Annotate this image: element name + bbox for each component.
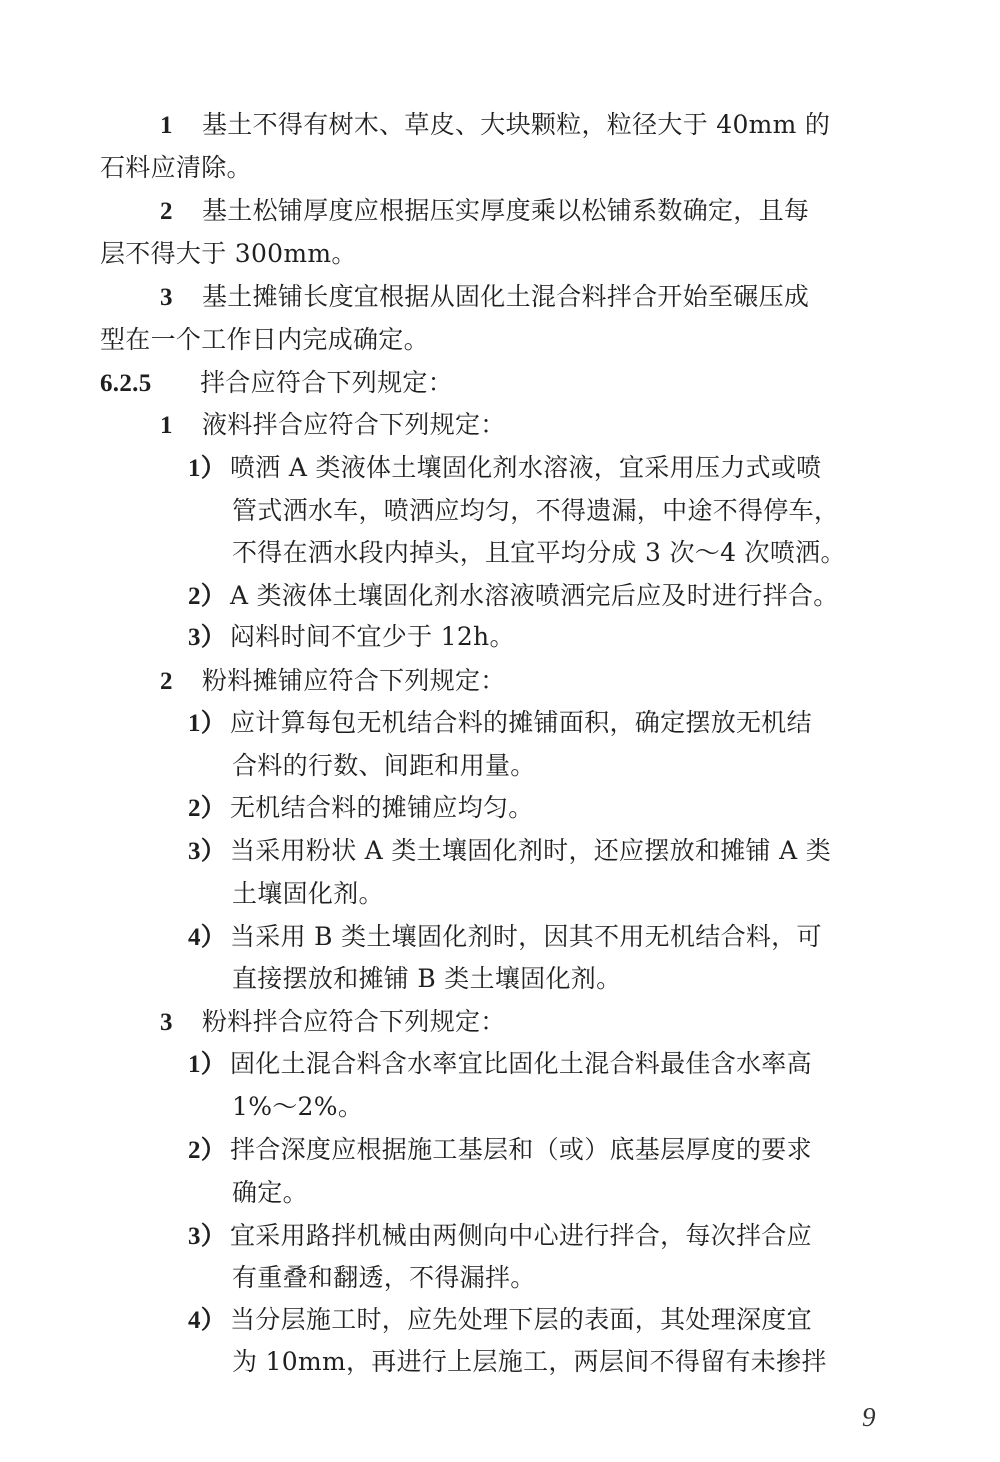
item-text: 喷洒 A 类液体土壤固化剂水溶液，宜采用压力式或喷 [230,453,821,482]
item-number: 3） [188,623,230,653]
item-continuation: 不得在洒水段内掉头，且宜平均分成 3 次～4 次喷洒。 [232,538,846,568]
page-number: 9 [862,1402,876,1433]
item-number: 1） [188,709,230,739]
item-text: 无机结合料的摊铺应均匀。 [230,793,534,822]
clause-line: 2基土松铺厚度应根据压实厚度乘以松铺系数确定，且每 [160,196,809,227]
item-line: 3）闷料时间不宜少于 12h。 [188,622,515,653]
item-line: 2）无机结合料的摊铺应均匀。 [188,793,534,824]
clause-text: 基土摊铺长度宜根据从固化土混合料拌合开始至碾压成 [202,282,809,311]
item-line: 4）当采用 B 类土壤固化剂时，因其不用无机结合料，可 [188,922,822,953]
clause-number: 3 [160,1008,202,1038]
item-number: 2） [188,794,230,824]
section-text: 拌合应符合下列规定： [200,368,453,397]
item-line: 1）应计算每包无机结合料的摊铺面积，确定摆放无机结 [188,708,812,739]
item-continuation: 有重叠和翻透，不得漏拌。 [232,1263,536,1293]
item-text: 当采用粉状 A 类土壤固化剂时，还应摆放和摊铺 A 类 [230,836,831,865]
item-number: 4） [188,923,230,953]
clause-text: 基土不得有树木、草皮、大块颗粒，粒径大于 40mm 的 [202,110,830,139]
item-line: 1）固化土混合料含水率宜比固化土混合料最佳含水率高 [188,1049,812,1080]
item-number: 3） [188,837,230,867]
item-continuation: 管式洒水车，喷洒应均匀，不得遗漏，中途不得停车， [232,496,839,526]
item-number: 4） [188,1306,230,1336]
clause-number: 1 [160,111,202,141]
section-heading: 6.2.5拌合应符合下列规定： [100,368,453,399]
clause-text: 基土松铺厚度应根据压实厚度乘以松铺系数确定，且每 [202,196,809,225]
clause-line: 1液料拌合应符合下列规定： [160,410,506,441]
item-text: 应计算每包无机结合料的摊铺面积，确定摆放无机结 [230,708,812,737]
clause-continuation: 层不得大于 300mm。 [100,239,357,269]
item-text: A 类液体土壤固化剂水溶液喷洒完后应及时进行拌合。 [230,581,839,610]
item-line: 3）宜采用路拌机械由两侧向中心进行拌合，每次拌合应 [188,1221,812,1252]
clause-line: 1基土不得有树木、草皮、大块颗粒，粒径大于 40mm 的 [160,110,830,141]
clause-number: 2 [160,197,202,227]
item-text: 当采用 B 类土壤固化剂时，因其不用无机结合料，可 [230,922,822,951]
clause-text: 液料拌合应符合下列规定： [202,410,506,439]
item-number: 2） [188,1136,230,1166]
item-number: 1） [188,454,230,484]
item-continuation: 合料的行数、间距和用量。 [232,751,536,781]
item-line: 2）A 类液体土壤固化剂水溶液喷洒完后应及时进行拌合。 [188,581,839,612]
clause-line: 3基土摊铺长度宜根据从固化土混合料拌合开始至碾压成 [160,282,809,313]
clause-continuation: 型在一个工作日内完成确定。 [100,325,429,355]
clause-number: 2 [160,667,202,697]
item-text: 固化土混合料含水率宜比固化土混合料最佳含水率高 [230,1049,812,1078]
item-line: 2）拌合深度应根据施工基层和（或）底基层厚度的要求 [188,1135,812,1166]
clause-text: 粉料摊铺应符合下列规定： [202,666,506,695]
item-continuation: 1%～2%。 [232,1092,363,1122]
item-continuation: 确定。 [232,1178,308,1208]
item-number: 3） [188,1222,230,1252]
document-page: 1基土不得有树木、草皮、大块颗粒，粒径大于 40mm 的 石料应清除。 2基土松… [0,0,1000,1462]
item-line: 4）当分层施工时，应先处理下层的表面，其处理深度宜 [188,1305,812,1336]
item-continuation: 土壤固化剂。 [232,879,384,909]
clause-line: 2粉料摊铺应符合下列规定： [160,666,506,697]
item-text: 宜采用路拌机械由两侧向中心进行拌合，每次拌合应 [230,1221,812,1250]
item-continuation: 为 10mm，再进行上层施工，两层间不得留有未掺拌 [232,1347,827,1377]
item-number: 2） [188,582,230,612]
clause-text: 粉料拌合应符合下列规定： [202,1007,506,1036]
item-text: 闷料时间不宜少于 12h。 [230,622,515,651]
item-text: 当分层施工时，应先处理下层的表面，其处理深度宜 [230,1305,812,1334]
clause-line: 3粉料拌合应符合下列规定： [160,1007,506,1038]
item-number: 1） [188,1050,230,1080]
clause-number: 3 [160,283,202,313]
item-text: 拌合深度应根据施工基层和（或）底基层厚度的要求 [230,1135,812,1164]
item-line: 1）喷洒 A 类液体土壤固化剂水溶液，宜采用压力式或喷 [188,453,821,484]
item-line: 3）当采用粉状 A 类土壤固化剂时，还应摆放和摊铺 A 类 [188,836,831,867]
section-number: 6.2.5 [100,369,200,399]
clause-number: 1 [160,411,202,441]
item-continuation: 直接摆放和摊铺 B 类土壤固化剂。 [232,964,621,994]
clause-continuation: 石料应清除。 [100,153,252,183]
